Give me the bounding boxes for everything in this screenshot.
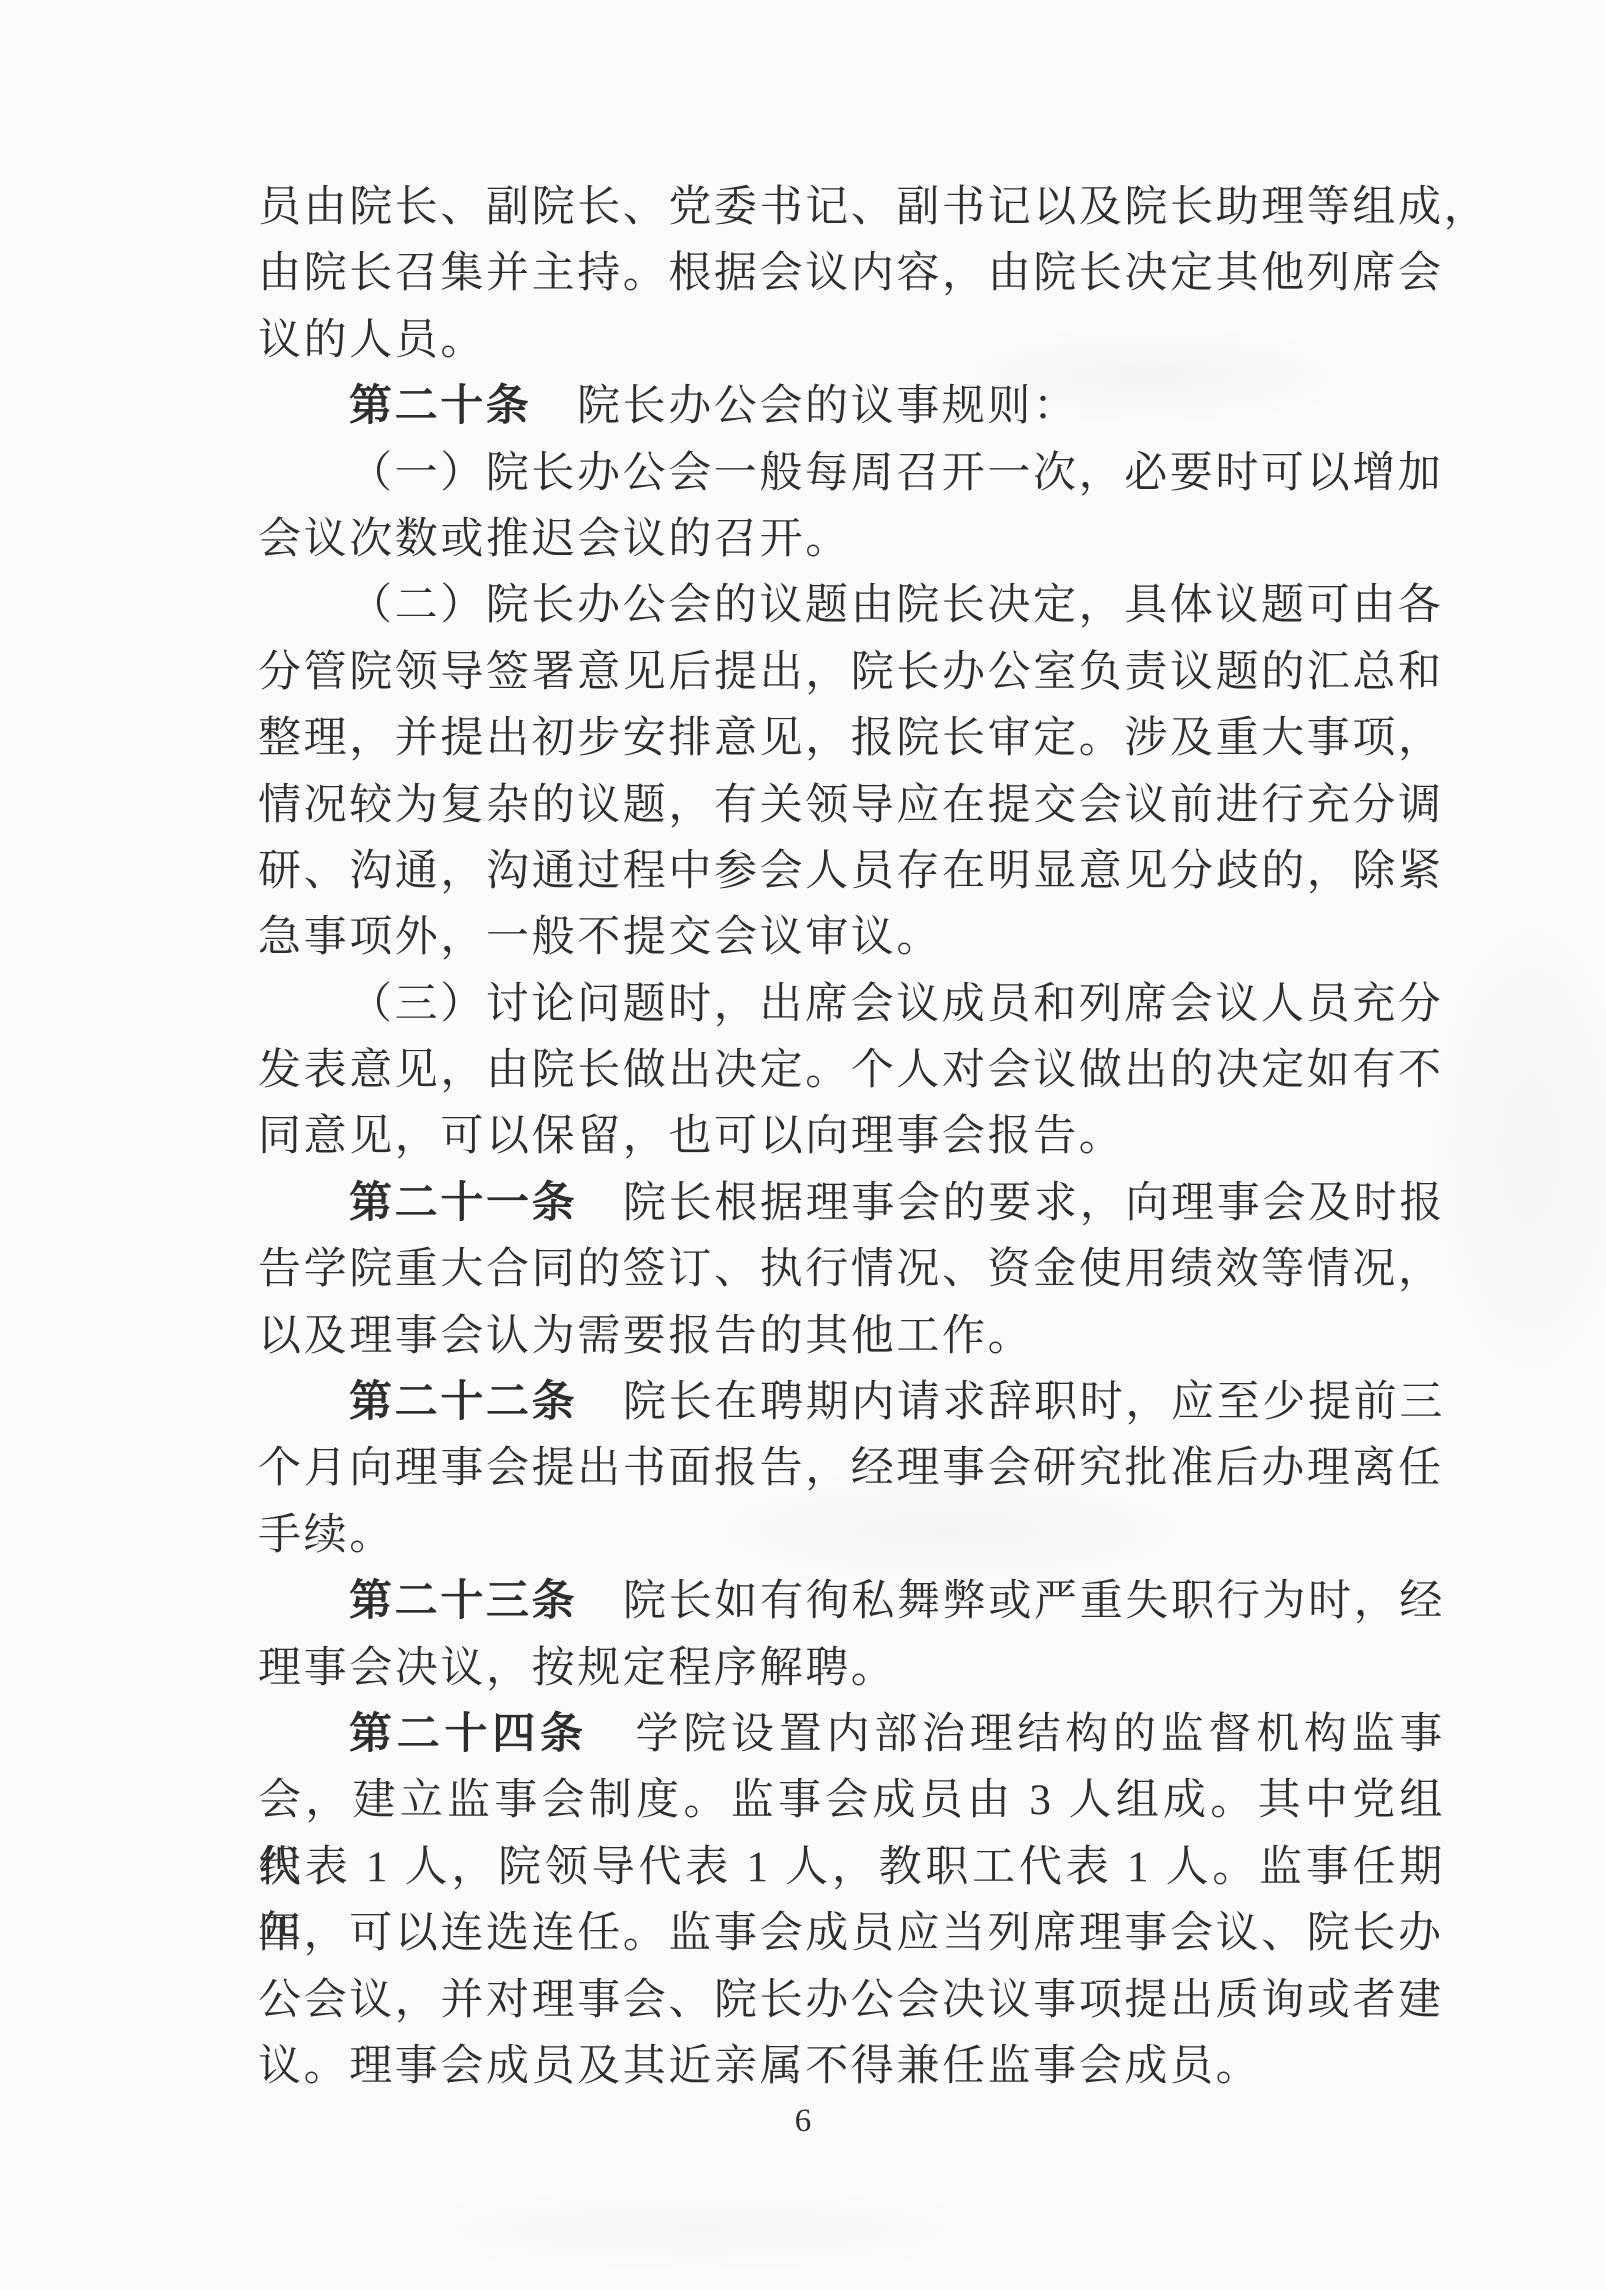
text-line: 第二十三条 院长如有徇私舞弊或严重失职行为时，经 [258, 1569, 1445, 1635]
text-line: 急事项外，一般不提交会议审议。 [258, 905, 1445, 971]
text-line: 情况较为复杂的议题，有关领导应在提交会议前进行充分调 [258, 773, 1445, 839]
text-run: 员由院长、副院长、党委书记、副书记以及院长助理等组成， [258, 184, 1489, 231]
text-run: 年，可以连选连任。监事会成员应当列席理事会议、院长办 [258, 1910, 1444, 1957]
text-run: 发表意见，由院长做出决定。个人对会议做出的决定如有不 [258, 1047, 1444, 1094]
text-line: 理事会决议，按规定程序解聘。 [258, 1636, 1445, 1702]
text-line: 发表意见，由院长做出决定。个人对会议做出的决定如有不 [258, 1038, 1445, 1104]
text-line: 第二十条 院长办公会的议事规则： [258, 374, 1445, 440]
text-run: 同意见，可以保留，也可以向理事会报告。 [258, 1113, 1124, 1160]
text-run: 会议次数或推迟会议的召开。 [258, 516, 851, 563]
text-run: 院长根据理事会的要求，向理事会及时报 [577, 1180, 1445, 1227]
text-line: 年，可以连选连任。监事会成员应当列席理事会议、院长办 [258, 1901, 1445, 1967]
text-run: （三）讨论问题时，出席会议成员和列席会议人员充分 [349, 981, 1443, 1028]
text-run: 议。理事会成员及其近亲属不得兼任监事会成员。 [258, 2043, 1261, 2090]
text-line: 告学院重大合同的签订、执行情况、资金使用绩效等情况， [258, 1237, 1445, 1303]
text-line: 由院长召集并主持。根据会议内容，由院长决定其他列席会 [258, 241, 1445, 307]
text-line: 整理，并提出初步安排意见，报院长审定。涉及重大事项， [258, 706, 1445, 772]
text-line: 第二十二条 院长在聘期内请求辞职时，应至少提前三 [258, 1370, 1445, 1436]
text-run: 理事会决议，按规定程序解聘。 [258, 1645, 896, 1692]
text-line: 研、沟通，沟通过程中参会人员存在明显意见分歧的，除紧 [258, 839, 1445, 905]
text-line: 议的人员。 [258, 308, 1445, 374]
text-line: 第二十一条 院长根据理事会的要求，向理事会及时报 [258, 1171, 1445, 1237]
text-run: 学院设置内部治理结构的监督机构监事 [588, 1711, 1445, 1758]
text-line: 以及理事会认为需要报告的其他工作。 [258, 1304, 1445, 1370]
text-line: 分管院领导签署意见后提出，院长办公室负责议题的汇总和 [258, 640, 1445, 706]
article-number: 第二十条 [349, 383, 531, 430]
article-number: 第二十四条 [349, 1711, 588, 1758]
text-run: 个月向理事会提出书面报告，经理事会研究批准后办理离任 [258, 1445, 1444, 1492]
text-run: 整理，并提出初步安排意见，报院长审定。涉及重大事项， [258, 715, 1444, 762]
article-number: 第二十三条 [349, 1578, 577, 1625]
text-line: （三）讨论问题时，出席会议成员和列席会议人员充分 [258, 972, 1445, 1038]
text-run: （一）院长办公会一般每周召开一次，必要时可以增加 [349, 450, 1443, 497]
text-run: 急事项外，一般不提交会议审议。 [258, 914, 942, 961]
text-line: 会，建立监事会制度。监事会成员由 3 人组成。其中党组织 [258, 1768, 1445, 1834]
text-run: 研、沟通，沟通过程中参会人员存在明显意见分歧的，除紧 [258, 848, 1444, 895]
text-line: （一）院长办公会一般每周召开一次，必要时可以增加 [258, 441, 1445, 507]
text-line: 员由院长、副院长、党委书记、副书记以及院长助理等组成， [258, 175, 1445, 241]
text-run: 由院长召集并主持。根据会议内容，由院长决定其他列席会 [258, 250, 1444, 297]
text-run: （二）院长办公会的议题由院长决定，具体议题可由各 [349, 582, 1443, 629]
text-line: 手续。 [258, 1503, 1445, 1569]
text-run: 告学院重大合同的签订、执行情况、资金使用绩效等情况， [258, 1246, 1444, 1293]
text-run: 院长在聘期内请求辞职时，应至少提前三 [577, 1379, 1445, 1426]
article-number: 第二十二条 [349, 1379, 577, 1426]
text-line: 会议次数或推迟会议的召开。 [258, 507, 1445, 573]
text-run: 分管院领导签署意见后提出，院长办公室负责议题的汇总和 [258, 649, 1444, 696]
text-run: 手续。 [258, 1512, 395, 1559]
text-line: 个月向理事会提出书面报告，经理事会研究批准后办理离任 [258, 1436, 1445, 1502]
text-line: 代表 1 人，院领导代表 1 人，教职工代表 1 人。监事任期四 [258, 1835, 1445, 1901]
text-run: 院长如有徇私舞弊或严重失职行为时，经 [577, 1578, 1445, 1625]
text-run: 院长办公会的议事规则： [531, 383, 1078, 430]
text-line: 同意见，可以保留，也可以向理事会报告。 [258, 1104, 1445, 1170]
text-run: 以及理事会认为需要报告的其他工作。 [258, 1313, 1033, 1360]
text-line: 议。理事会成员及其近亲属不得兼任监事会成员。 [258, 2034, 1445, 2100]
article-number: 第二十一条 [349, 1180, 577, 1227]
text-run: 情况较为复杂的议题，有关领导应在提交会议前进行充分调 [258, 782, 1444, 829]
text-line: （二）院长办公会的议题由院长决定，具体议题可由各 [258, 573, 1445, 639]
document-body: 员由院长、副院长、党委书记、副书记以及院长助理等组成，由院长召集并主持。根据会议… [258, 175, 1445, 2100]
text-line: 第二十四条 学院设置内部治理结构的监督机构监事 [258, 1702, 1445, 1768]
text-run: 议的人员。 [258, 317, 486, 364]
text-run: 公会议，并对理事会、院长办公会决议事项提出质询或者建 [258, 1977, 1444, 2024]
text-line: 公会议，并对理事会、院长办公会决议事项提出质询或者建 [258, 1968, 1445, 2034]
page-number: 6 [0, 2103, 1606, 2140]
